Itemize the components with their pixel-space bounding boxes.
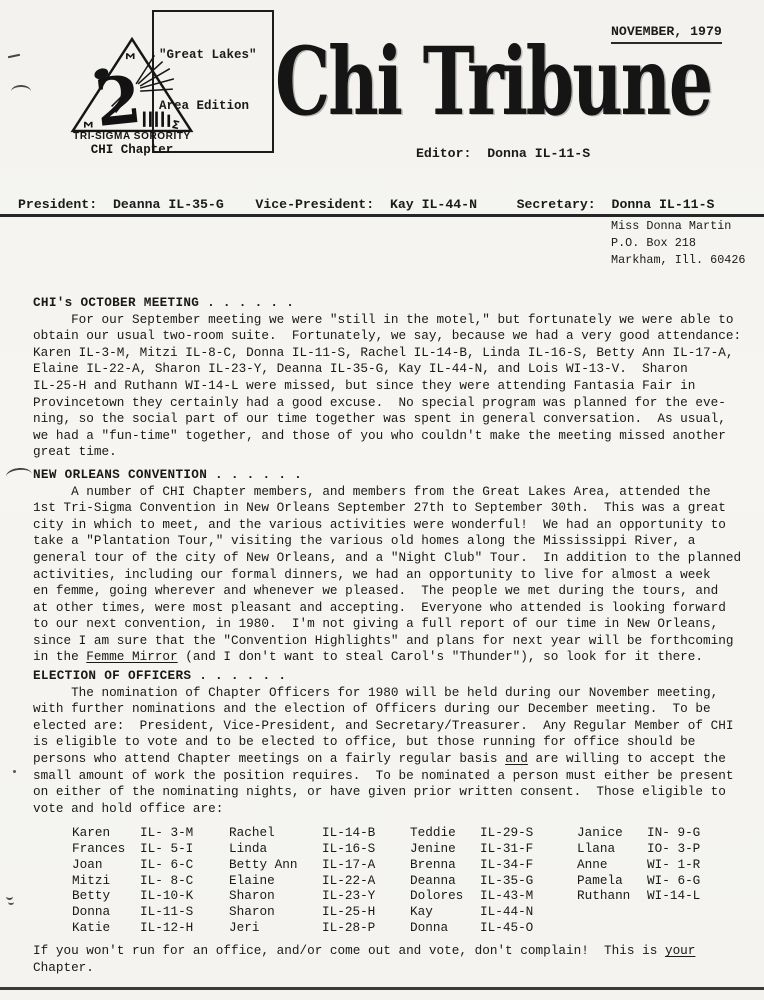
section-heading: ELECTION OF OFFICERS . . . . . . [33,668,749,685]
member-code: IL-45-O [480,920,577,936]
text-line: take a "Plantation Tour," visiting the v… [33,533,749,550]
text-line: The nomination of Chapter Officers for 1… [33,685,749,702]
text-line: Chapter. [33,960,749,977]
scan-artifact [13,770,16,773]
eligible-members-table: Karen IL- 3-M Rachel IL-14-B Teddie IL-2… [72,825,749,935]
text-line: persons who attend Chapter meetings on a… [33,751,749,768]
member-code: WI- 1-R [647,857,737,873]
text-line: en femme, going wherever and whenever we… [33,583,749,600]
section-election-of-officers: ELECTION OF OFFICERS . . . . . . The nom… [33,668,749,817]
text-line: elected are: President, Vice-President, … [33,718,749,735]
member-code: IL-43-M [480,888,577,904]
member-code: IL-11-S [140,904,229,920]
member-name [577,920,647,936]
text-line: Elaine IL-22-A, Sharon IL-23-Y, Deanna I… [33,361,749,378]
header-rule [0,214,764,217]
member-name: Ruthann [577,888,647,904]
member-name: Brenna [410,857,480,873]
member-name: Dolores [410,888,480,904]
member-name: Sharon [229,904,322,920]
member-code [647,904,737,920]
closing-paragraph: If you won't run for an office, and/or c… [33,943,749,976]
member-name: Mitzi [72,873,140,889]
scan-artifact [8,54,20,58]
member-name [577,904,647,920]
text-line: to our next convention, in 1980. I'm not… [33,616,749,633]
member-name: Betty [72,888,140,904]
text-line: If you won't run for an office, and/or c… [33,943,749,960]
newsletter-body: CHI's OCTOBER MEETING . . . . . . For ou… [33,295,749,977]
newsletter-page: "Great Lakes" Area Edition NOVEMBER, 197… [0,0,764,1000]
table-row: Betty IL-10-K Sharon IL-23-Y Dolores IL-… [72,888,749,904]
member-name: Elaine [229,873,322,889]
text-line: 1st Tri-Sigma Convention in New Orleans … [33,500,749,517]
table-row: Karen IL- 3-M Rachel IL-14-B Teddie IL-2… [72,825,749,841]
table-row: Katie IL-12-H Jeri IL-28-P Donna IL-45-O [72,920,749,936]
member-name: Sharon [229,888,322,904]
member-code: IL-29-S [480,825,577,841]
scan-artifact [5,467,32,485]
table-row: Mitzi IL- 8-C Elaine IL-22-A Deanna IL-3… [72,873,749,889]
text-line: general tour of the city of New Orleans,… [33,550,749,567]
address-line: P.O. Box 218 [611,235,746,252]
member-name: Jenine [410,841,480,857]
member-name: Karen [72,825,140,841]
section-paragraph: The nomination of Chapter Officers for 1… [33,685,749,818]
member-code: IL-25-H [322,904,410,920]
table-row: Frances IL- 5-I Linda IL-16-S Jenine IL-… [72,841,749,857]
member-code [647,920,737,936]
member-code: IL-10-K [140,888,229,904]
table-row: Donna IL-11-S Sharon IL-25-H Kay IL-44-N [72,904,749,920]
member-code: IL-28-P [322,920,410,936]
member-name: Kay [410,904,480,920]
logo-org-name: TRI-SIGMA SORORITY [64,131,200,142]
member-name: Betty Ann [229,857,322,873]
member-code: IL-23-Y [322,888,410,904]
member-code: WI- 6-G [647,873,737,889]
member-name: Donna [72,904,140,920]
text-line: at other times, were most pleasant and a… [33,600,749,617]
member-code: IL-34-F [480,857,577,873]
section-paragraph: For our September meeting we were "still… [33,312,749,461]
text-line: ning, so the social part of our time tog… [33,411,749,428]
section-heading: NEW ORLEANS CONVENTION . . . . . . [33,467,749,484]
member-code: IL- 8-C [140,873,229,889]
member-code: WI-14-L [647,888,737,904]
svg-text:Σ: Σ [123,52,136,60]
member-code: IL-35-G [480,873,577,889]
member-code: IL- 5-I [140,841,229,857]
section-october-meeting: CHI's OCTOBER MEETING . . . . . . For ou… [33,295,749,461]
officers-line: President: Deanna IL-35-G Vice-President… [18,197,714,212]
member-code: IL-12-H [140,920,229,936]
text-line: activities, including our formal dinners… [33,567,749,584]
text-line: Provincetown they certainly had a good e… [33,395,749,412]
table-row: Joan IL- 6-C Betty Ann IL-17-A Brenna IL… [72,857,749,873]
member-name: Katie [72,920,140,936]
editor-line: Editor: Donna IL-11-S [416,146,590,161]
section-heading: CHI's OCTOBER MEETING . . . . . . [33,295,749,312]
member-name: Janice [577,825,647,841]
text-line: A number of CHI Chapter members, and mem… [33,484,749,501]
address-line: Markham, Ill. 60426 [611,252,746,269]
address-block: Miss Donna MartinP.O. Box 218Markham, Il… [611,218,746,268]
section-new-orleans-convention: NEW ORLEANS CONVENTION . . . . . . A num… [33,467,749,666]
member-code: IL- 6-C [140,857,229,873]
member-name: Frances [72,841,140,857]
member-name: Rachel [229,825,322,841]
text-line: in the Femme Mirror (and I don't want to… [33,649,749,666]
svg-text:Σ: Σ [81,121,94,129]
text-line: on either of the nominating nights, or h… [33,784,749,801]
logo-chapter-name: CHI Chapter [64,143,200,157]
scan-artifact [8,899,14,905]
text-line: obtain our usual two-room suite. Fortuna… [33,328,749,345]
member-code: IL-17-A [322,857,410,873]
member-code: IL-16-S [322,841,410,857]
text-line: is eligible to vote and to be elected to… [33,734,749,751]
text-line: city in which to meet, and the various a… [33,517,749,534]
sorority-emblem-icon: Σ Σ Σ 2 [68,37,196,133]
scan-artifact [6,893,13,900]
masthead-title: Chi Tribune [275,26,645,138]
member-name: Joan [72,857,140,873]
member-code: IL-22-A [322,873,410,889]
scan-artifact [11,85,31,98]
text-line: vote and hold office are: [33,801,749,818]
member-name: Teddie [410,825,480,841]
address-line: Miss Donna Martin [611,218,746,235]
member-name: Deanna [410,873,480,889]
text-line: since I am sure that the "Convention Hig… [33,633,749,650]
footer-rule [0,987,764,990]
member-name: Donna [410,920,480,936]
member-name: Llana [577,841,647,857]
text-line: great time. [33,444,749,461]
member-name: Anne [577,857,647,873]
text-line: Karen IL-3-M, Mitzi IL-8-C, Donna IL-11-… [33,345,749,362]
text-line: For our September meeting we were "still… [33,312,749,329]
member-code: IL-31-F [480,841,577,857]
section-paragraph: A number of CHI Chapter members, and mem… [33,484,749,667]
text-line: IL-25-H and Ruthann WI-14-L were missed,… [33,378,749,395]
member-code: IL-44-N [480,904,577,920]
text-line: we had a "fun-time" together, and those … [33,428,749,445]
text-line: small amount of work the position requir… [33,768,749,785]
member-name: Jeri [229,920,322,936]
text-line: with further nominations and the electio… [33,701,749,718]
member-code: IL-14-B [322,825,410,841]
member-code: IN- 9-G [647,825,737,841]
member-code: IO- 3-P [647,841,737,857]
member-code: IL- 3-M [140,825,229,841]
member-name: Linda [229,841,322,857]
member-name: Pamela [577,873,647,889]
